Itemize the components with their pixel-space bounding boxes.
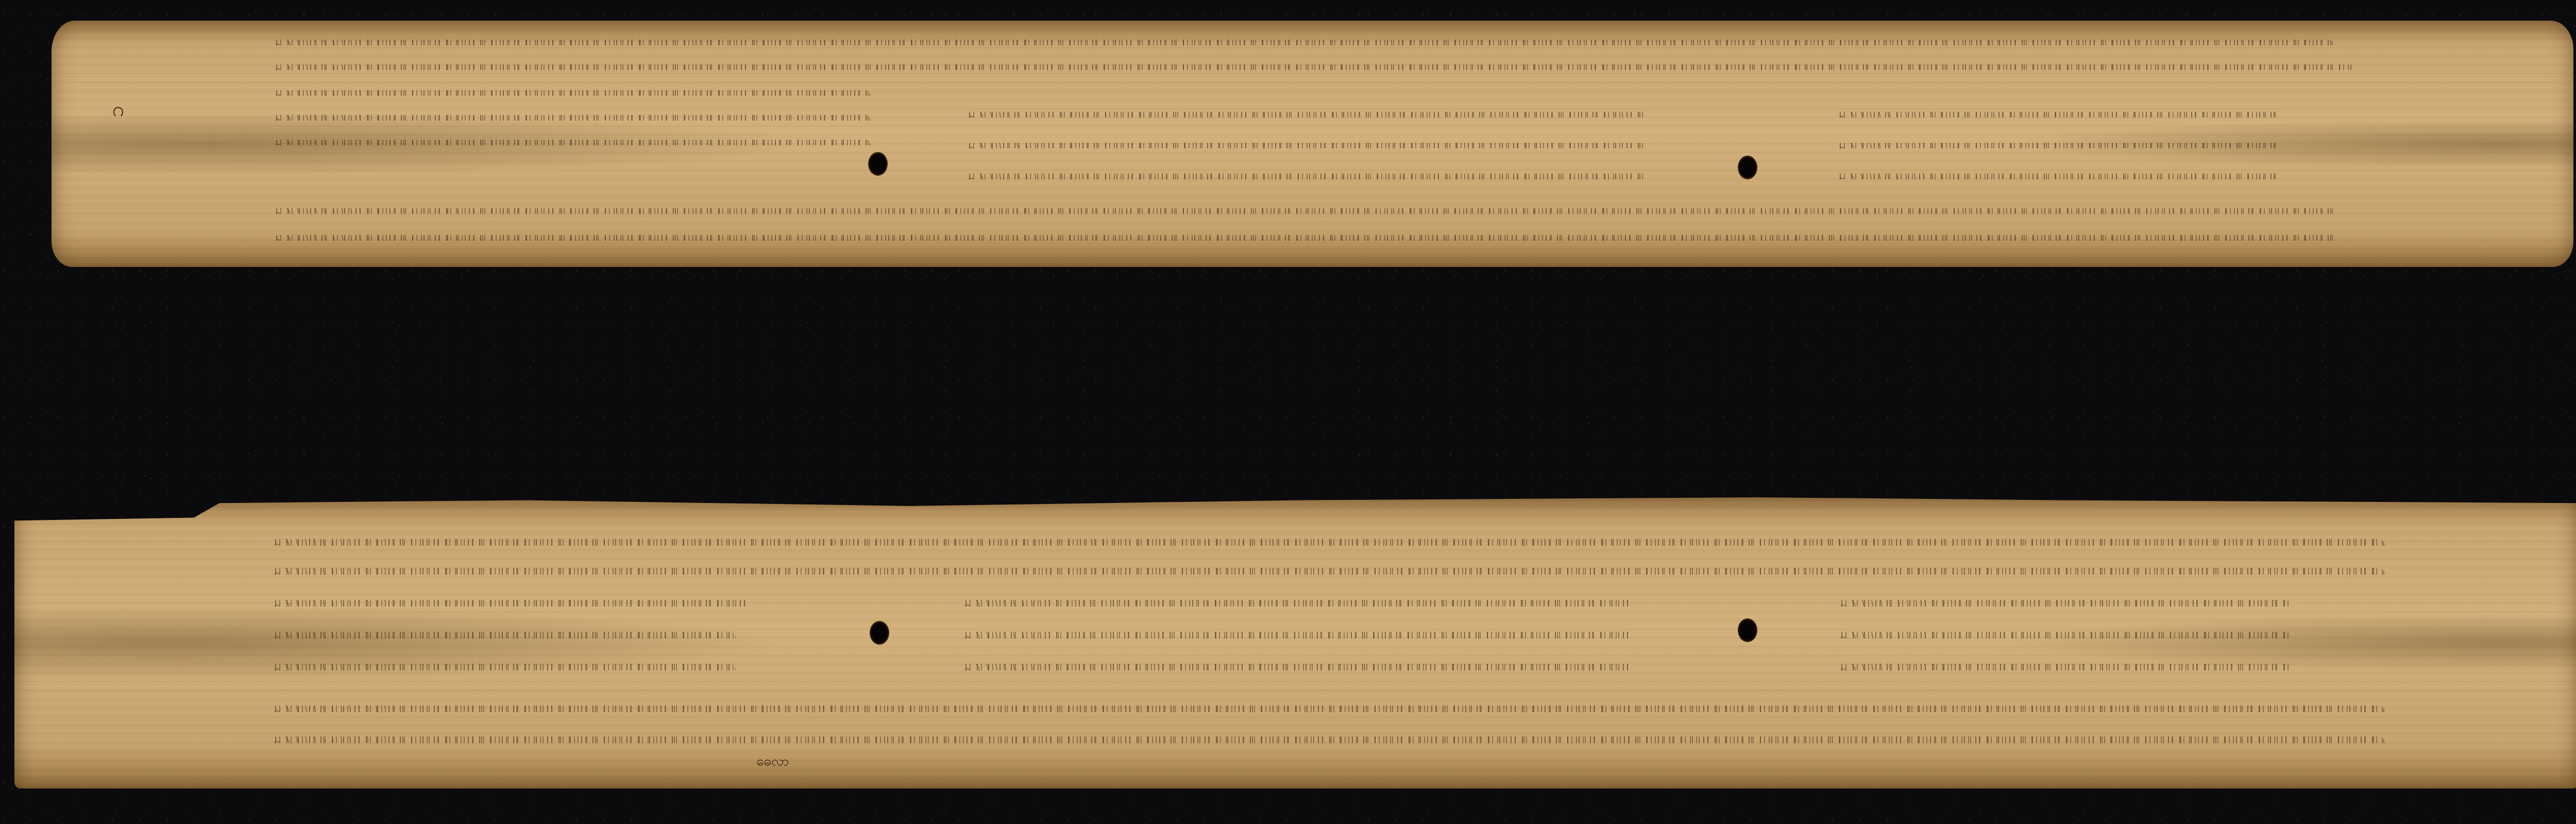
text-block-right bbox=[1838, 590, 2302, 686]
script-line bbox=[962, 590, 1632, 607]
script-line bbox=[1837, 164, 2280, 179]
script-line bbox=[966, 133, 1646, 148]
binding-hole bbox=[868, 152, 888, 176]
script-line bbox=[273, 198, 2339, 214]
script-line bbox=[273, 30, 2334, 45]
leaf-footnote: ဓေလာ bbox=[756, 755, 789, 768]
script-line bbox=[1837, 133, 2280, 148]
binding-hole bbox=[1738, 156, 1757, 179]
script-line bbox=[273, 225, 2339, 241]
palm-leaf-bottom: ဓေလာ bbox=[14, 497, 2576, 788]
script-line bbox=[272, 529, 2384, 546]
script-line bbox=[272, 727, 2384, 743]
text-full-lines-top bbox=[273, 30, 2360, 79]
text-full-lines-bottom bbox=[273, 198, 2360, 252]
script-line bbox=[966, 102, 1646, 117]
script-line bbox=[1838, 590, 2292, 607]
palm-leaf-top: ဂ bbox=[52, 21, 2573, 267]
script-line bbox=[1837, 102, 2280, 117]
script-line bbox=[272, 654, 736, 670]
script-line bbox=[272, 590, 751, 607]
leaf-margin-numeral: ဂ bbox=[112, 99, 124, 120]
text-block-middle bbox=[966, 102, 1677, 195]
script-line bbox=[966, 164, 1646, 179]
script-line bbox=[1838, 622, 2292, 638]
script-line bbox=[272, 558, 2384, 575]
binding-hole bbox=[1738, 618, 1757, 642]
binding-hole bbox=[870, 621, 889, 645]
text-block-middle bbox=[962, 590, 1663, 686]
text-block-left bbox=[273, 80, 979, 155]
script-line bbox=[273, 55, 2354, 70]
script-line bbox=[272, 622, 736, 638]
script-line bbox=[272, 696, 2384, 712]
script-line bbox=[273, 80, 871, 96]
script-line bbox=[962, 622, 1632, 638]
text-full-lines-top bbox=[272, 529, 2395, 587]
script-line bbox=[273, 130, 871, 145]
script-line bbox=[273, 105, 871, 121]
script-line bbox=[962, 654, 1632, 670]
text-block-right bbox=[1837, 102, 2300, 195]
script-line bbox=[1838, 654, 2292, 670]
text-full-lines-bottom bbox=[272, 696, 2395, 758]
